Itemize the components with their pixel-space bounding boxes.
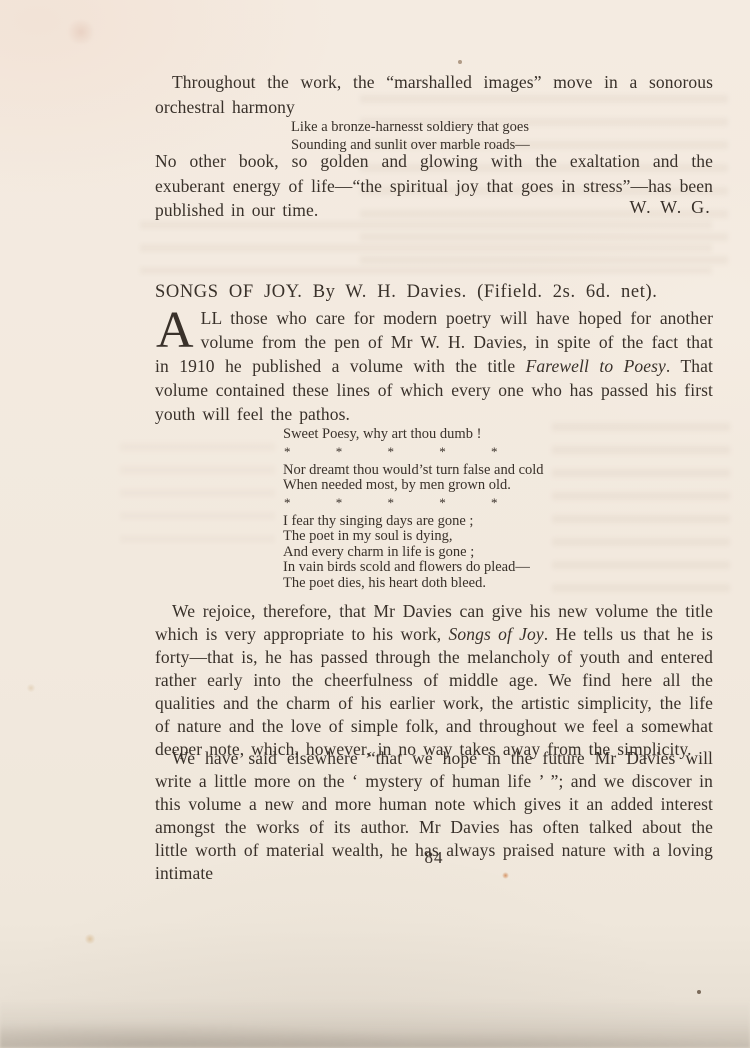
verse-line: Like a bronze-harnesst soldiery that goe… [291, 119, 530, 137]
showthrough-text [120, 436, 275, 558]
closing-review-paragraph: Throughout the work, the “marshalled ima… [155, 70, 713, 119]
showthrough-text [552, 416, 730, 604]
book-title-italic: Farewell to Poesy [526, 356, 666, 376]
stanza-separator: * * * * * [284, 497, 544, 509]
poem-quotation: Sweet Poesy, why art thou dumb ! * * * *… [283, 427, 544, 591]
foxing-spot [84, 934, 96, 944]
drop-cap: A [155, 306, 201, 351]
foxing-spot [26, 684, 36, 692]
paragraph-text: . He tells us that he is forty—that is, … [155, 624, 713, 759]
poem-line: The poet in my soul is dying, [283, 529, 544, 545]
review-heading: SONGS OF JOY. By W. H. Davies. (Fifield.… [155, 282, 657, 303]
reviewer-initials: W. W. G. [630, 197, 711, 218]
stanza-separator: * * * * * [284, 446, 544, 458]
ink-speck [697, 990, 701, 994]
book-title-italic: Songs of Joy [449, 624, 544, 644]
showthrough-text [140, 214, 712, 274]
poem-line: The poet dies, his heart doth bleed. [283, 576, 544, 592]
second-paragraph: We rejoice, therefore, that Mr Davies ca… [155, 600, 713, 761]
poem-line: I fear thy singing days are gone ; [283, 514, 544, 530]
poem-line: Sweet Poesy, why art thou dumb ! [283, 427, 544, 443]
poem-line: And every charm in life is gone ; [283, 545, 544, 561]
ink-speck [458, 60, 462, 64]
poem-line: When needed most, by men grown old. [283, 478, 544, 494]
poem-line: In vain birds scold and flowers do plead… [283, 560, 544, 576]
book-page: Throughout the work, the “marshalled ima… [0, 0, 750, 1048]
poem-line: Nor dreamt thou would’st turn false and … [283, 463, 544, 479]
page-bottom-shadow [0, 1000, 750, 1048]
opening-paragraph: ALL those who care for modern poetry wil… [155, 306, 713, 426]
foxing-spot [66, 20, 96, 44]
page-number: 84 [155, 848, 713, 868]
